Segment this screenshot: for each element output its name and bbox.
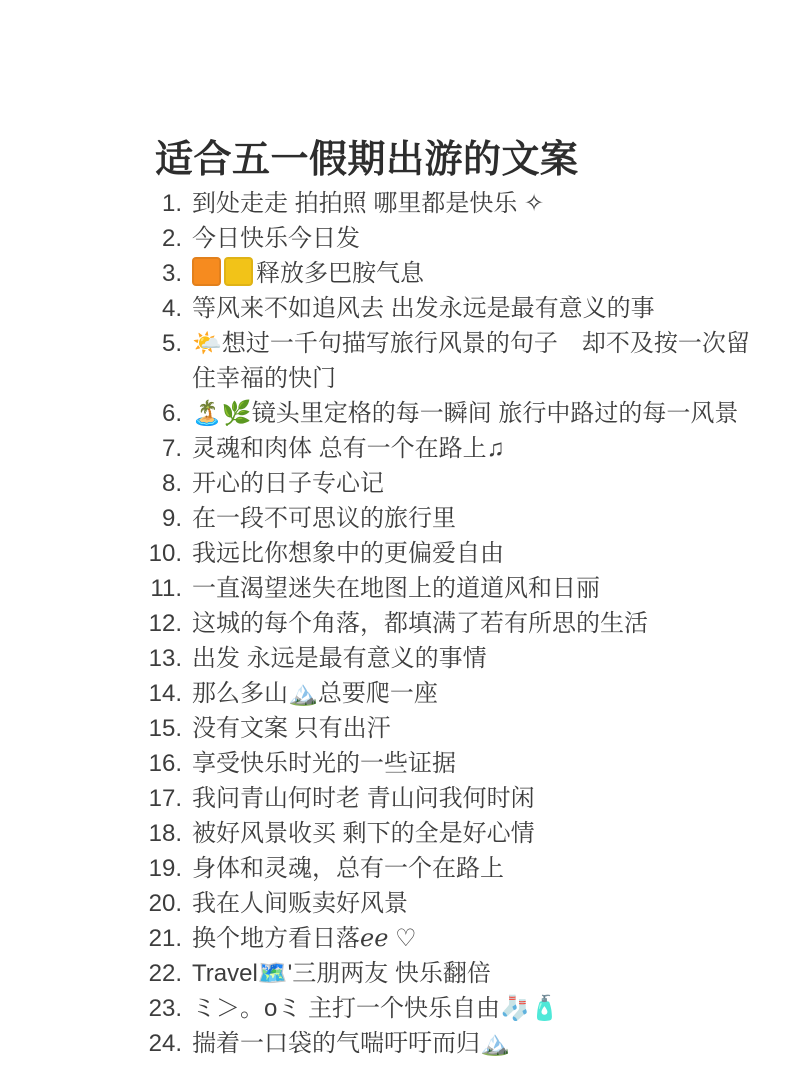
list-item: 6.🏝️🌿镜头里定格的每一瞬间 旅行中路过的每一风景: [0, 396, 780, 431]
list-item-text: 享受快乐时光的一些证据: [192, 746, 757, 781]
list-item-text: 那么多山🏔️总要爬一座: [192, 676, 757, 711]
list-item-number: 2.: [0, 221, 182, 256]
list-item-text: 这城的每个角落，都填满了若有所思的生活: [192, 606, 757, 641]
list-item-text: 没有文案 只有出汗: [192, 711, 757, 746]
orange-square-icon: [192, 257, 221, 286]
list-item-number: 11.: [0, 571, 182, 606]
list-item-text: 一直渴望迷失在地图上的道道风和日丽: [192, 571, 757, 606]
list-item-number: 8.: [0, 466, 182, 501]
list-item-text: 灵魂和肉体 总有一个在路上♫: [192, 431, 757, 466]
list-item-text: 开心的日子专心记: [192, 466, 757, 501]
list-item: 1.到处走走 拍拍照 哪里都是快乐 ✧: [0, 186, 780, 221]
list-item-text: 🏝️🌿镜头里定格的每一瞬间 旅行中路过的每一风景: [192, 396, 757, 431]
list-item: 15.没有文案 只有出汗: [0, 711, 780, 746]
list-item: 7.灵魂和肉体 总有一个在路上♫: [0, 431, 780, 466]
list-item: 11.一直渴望迷失在地图上的道道风和日丽: [0, 571, 780, 606]
list-item-text: 我在人间贩卖好风景: [192, 886, 757, 921]
list-item: 10. 我远比你想象中的更偏爱自由: [0, 536, 780, 571]
yellow-square-icon: [224, 257, 253, 286]
list-item-number: 3.: [0, 256, 182, 291]
list-item-text: 被好风景收买 剩下的全是好心情: [192, 816, 757, 851]
list-item-number: 20.: [0, 886, 182, 921]
list-item-text: 换个地方看日落ℯℯ ♡: [192, 921, 757, 956]
copy-list: 1.到处走走 拍拍照 哪里都是快乐 ✧2.今日快乐今日发3.释放多巴胺气息4.等…: [0, 186, 780, 1061]
list-item-number: 5.: [0, 326, 182, 361]
page-title: 适合五一假期出游的文案: [155, 128, 579, 183]
list-item: 2.今日快乐今日发: [0, 221, 780, 256]
list-item-number: 1.: [0, 186, 182, 221]
post-page: 适合五一假期出游的文案 1.到处走走 拍拍照 哪里都是快乐 ✧2.今日快乐今日发…: [0, 0, 800, 1067]
list-item-text: ミ＞。oミ 主打一个快乐自由🧦🧴: [192, 991, 757, 1026]
list-item-text: 揣着一口袋的气喘吁吁而归🏔️: [192, 1026, 757, 1061]
list-item-text: 🌤️想过一千句描写旅行风景的句子 却不及按一次留住幸福的快门: [192, 326, 757, 396]
list-item: 18.被好风景收买 剩下的全是好心情: [0, 816, 780, 851]
list-item-number: 4.: [0, 291, 182, 326]
list-item: 3.释放多巴胺气息: [0, 256, 780, 291]
list-item-number: 7.: [0, 431, 182, 466]
list-item-text: 到处走走 拍拍照 哪里都是快乐 ✧: [192, 186, 757, 221]
list-item-number: 15.: [0, 711, 182, 746]
list-item-number: 17.: [0, 781, 182, 816]
list-item-number: 6.: [0, 396, 182, 431]
list-item-text: 我远比你想象中的更偏爱自由: [192, 536, 757, 571]
list-item-number: 10.: [0, 536, 182, 571]
list-item-number: 12.: [0, 606, 182, 641]
list-item: 4.等风来不如追风去 出发永远是最有意义的事: [0, 291, 780, 326]
list-item-number: 22.: [0, 956, 182, 991]
list-item: 21.换个地方看日落ℯℯ ♡: [0, 921, 780, 956]
list-item-text: 身体和灵魂，总有一个在路上: [192, 851, 757, 886]
list-item-text: 出发 永远是最有意义的事情: [192, 641, 757, 676]
list-item: 19.身体和灵魂，总有一个在路上: [0, 851, 780, 886]
list-item-number: 23.: [0, 991, 182, 1026]
list-item-text: 等风来不如追风去 出发永远是最有意义的事: [192, 291, 757, 326]
list-item-number: 9.: [0, 501, 182, 536]
list-item: 13.出发 永远是最有意义的事情: [0, 641, 780, 676]
list-item: 17.我问青山何时老 青山问我何时闲: [0, 781, 780, 816]
list-item: 8.开心的日子专心记: [0, 466, 780, 501]
list-item-text: 我问青山何时老 青山问我何时闲: [192, 781, 757, 816]
list-item: 20.我在人间贩卖好风景: [0, 886, 780, 921]
list-item-number: 18.: [0, 816, 182, 851]
list-item-number: 16.: [0, 746, 182, 781]
list-item-number: 19.: [0, 851, 182, 886]
list-item: 14.那么多山🏔️总要爬一座: [0, 676, 780, 711]
list-item-number: 14.: [0, 676, 182, 711]
list-item-text: 在一段不可思议的旅行里: [192, 501, 757, 536]
list-item: 5.🌤️想过一千句描写旅行风景的句子 却不及按一次留住幸福的快门: [0, 326, 780, 396]
list-item: 22.Travel🗺️'三朋两友 快乐翻倍: [0, 956, 780, 991]
list-item: 12.这城的每个角落，都填满了若有所思的生活: [0, 606, 780, 641]
list-item: 23.ミ＞。oミ 主打一个快乐自由🧦🧴: [0, 991, 780, 1026]
list-item-text: 今日快乐今日发: [192, 221, 757, 256]
list-item-number: 13.: [0, 641, 182, 676]
list-item-text: Travel🗺️'三朋两友 快乐翻倍: [192, 956, 757, 991]
list-item: 24.揣着一口袋的气喘吁吁而归🏔️: [0, 1026, 780, 1061]
list-item: 16.享受快乐时光的一些证据: [0, 746, 780, 781]
list-item-number: 24.: [0, 1026, 182, 1061]
list-item-text: 释放多巴胺气息: [192, 256, 757, 291]
list-item-number: 21.: [0, 921, 182, 956]
list-item: 9.在一段不可思议的旅行里: [0, 501, 780, 536]
